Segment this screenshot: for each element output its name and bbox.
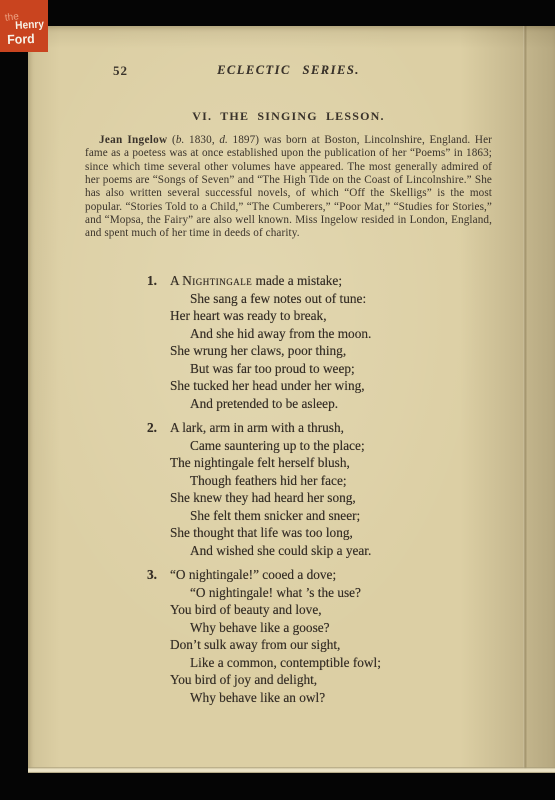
birth-year: 1830, (184, 134, 219, 146)
stanza-1: 1. A Nightingale made a mistake; She san… (170, 272, 500, 412)
poem-line: And pretended to be asleep. (190, 395, 500, 413)
logo-word-ford: Ford (7, 32, 35, 46)
running-header: ECLECTIC SERIES. (85, 63, 492, 78)
poem-line: But was far too proud to weep; (190, 360, 500, 378)
poem-line: And she hid away from the moon. (190, 325, 500, 343)
poem-line: “O nightingale!” cooed a dove; (170, 566, 500, 584)
poem-line: Like a common, contemptible fowl; (190, 654, 500, 672)
stanza-2: 2. A lark, arm in arm with a thrush, Cam… (170, 419, 500, 559)
line-part-smallcaps: Nightingale (182, 273, 252, 288)
death-year: 1897) (228, 134, 259, 146)
poem-line: Why behave like an owl? (190, 689, 500, 707)
poem-line: A lark, arm in arm with a thrush, (170, 419, 500, 437)
author-biography: Jean Ingelow (b. 1830, d. 1897) was born… (85, 134, 492, 241)
stanza-number: 2. (147, 419, 157, 437)
page-bottom-edge (28, 767, 555, 773)
bio-paren-open: ( (167, 134, 175, 146)
stanza-number: 1. (147, 272, 157, 290)
poem-line: A Nightingale made a mistake; (170, 272, 500, 290)
poem-line: “O nightingale! what ’s the use? (190, 584, 500, 602)
author-name: Jean Ingelow (99, 134, 167, 146)
stanza-3: 3. “O nightingale!” cooed a dove; “O nig… (170, 566, 500, 706)
stanza-number: 3. (147, 566, 157, 584)
died-abbrev: d. (219, 134, 228, 146)
poem-line: You bird of beauty and love, (170, 601, 500, 619)
poem-line: Her heart was ready to break, (170, 307, 500, 325)
poem-line: She thought that life was too long, (170, 524, 500, 542)
poem-line: Don’t sulk away from our sight, (170, 636, 500, 654)
bio-text: was born at Boston, Lincolnshire, Englan… (85, 134, 492, 239)
page-crease (523, 26, 527, 773)
poem-line: Why behave like a goose? (190, 619, 500, 637)
poem-line: She wrung her claws, poor thing, (170, 342, 500, 360)
book-page: 52 ECLECTIC SERIES. VI. THE SINGING LESS… (28, 26, 555, 773)
poem-line: Came sauntering up to the place; (190, 437, 500, 455)
poem-line: She sang a few notes out of tune: (190, 290, 500, 308)
line-part: made a mistake; (252, 273, 342, 288)
page-number: 52 (113, 63, 128, 79)
page-header: 52 ECLECTIC SERIES. (85, 63, 492, 78)
poem-line: She felt them snicker and sneer; (190, 507, 500, 525)
henry-ford-logo: the Henry Ford (0, 0, 48, 52)
logo-word-henry: Henry (15, 19, 44, 31)
poem-line: She tucked her head under her wing, (170, 377, 500, 395)
lesson-title: VI. THE SINGING LESSON. (85, 109, 492, 124)
scanned-book-photo: 52 ECLECTIC SERIES. VI. THE SINGING LESS… (0, 0, 555, 800)
line-part: A (170, 273, 182, 288)
poem: 1. A Nightingale made a mistake; She san… (170, 272, 500, 713)
poem-line: You bird of joy and delight, (170, 671, 500, 689)
poem-line: The nightingale felt herself blush, (170, 454, 500, 472)
poem-line: And wished she could skip a year. (190, 542, 500, 560)
poem-line: She knew they had heard her song, (170, 489, 500, 507)
poem-line: Though feathers hid her face; (190, 472, 500, 490)
